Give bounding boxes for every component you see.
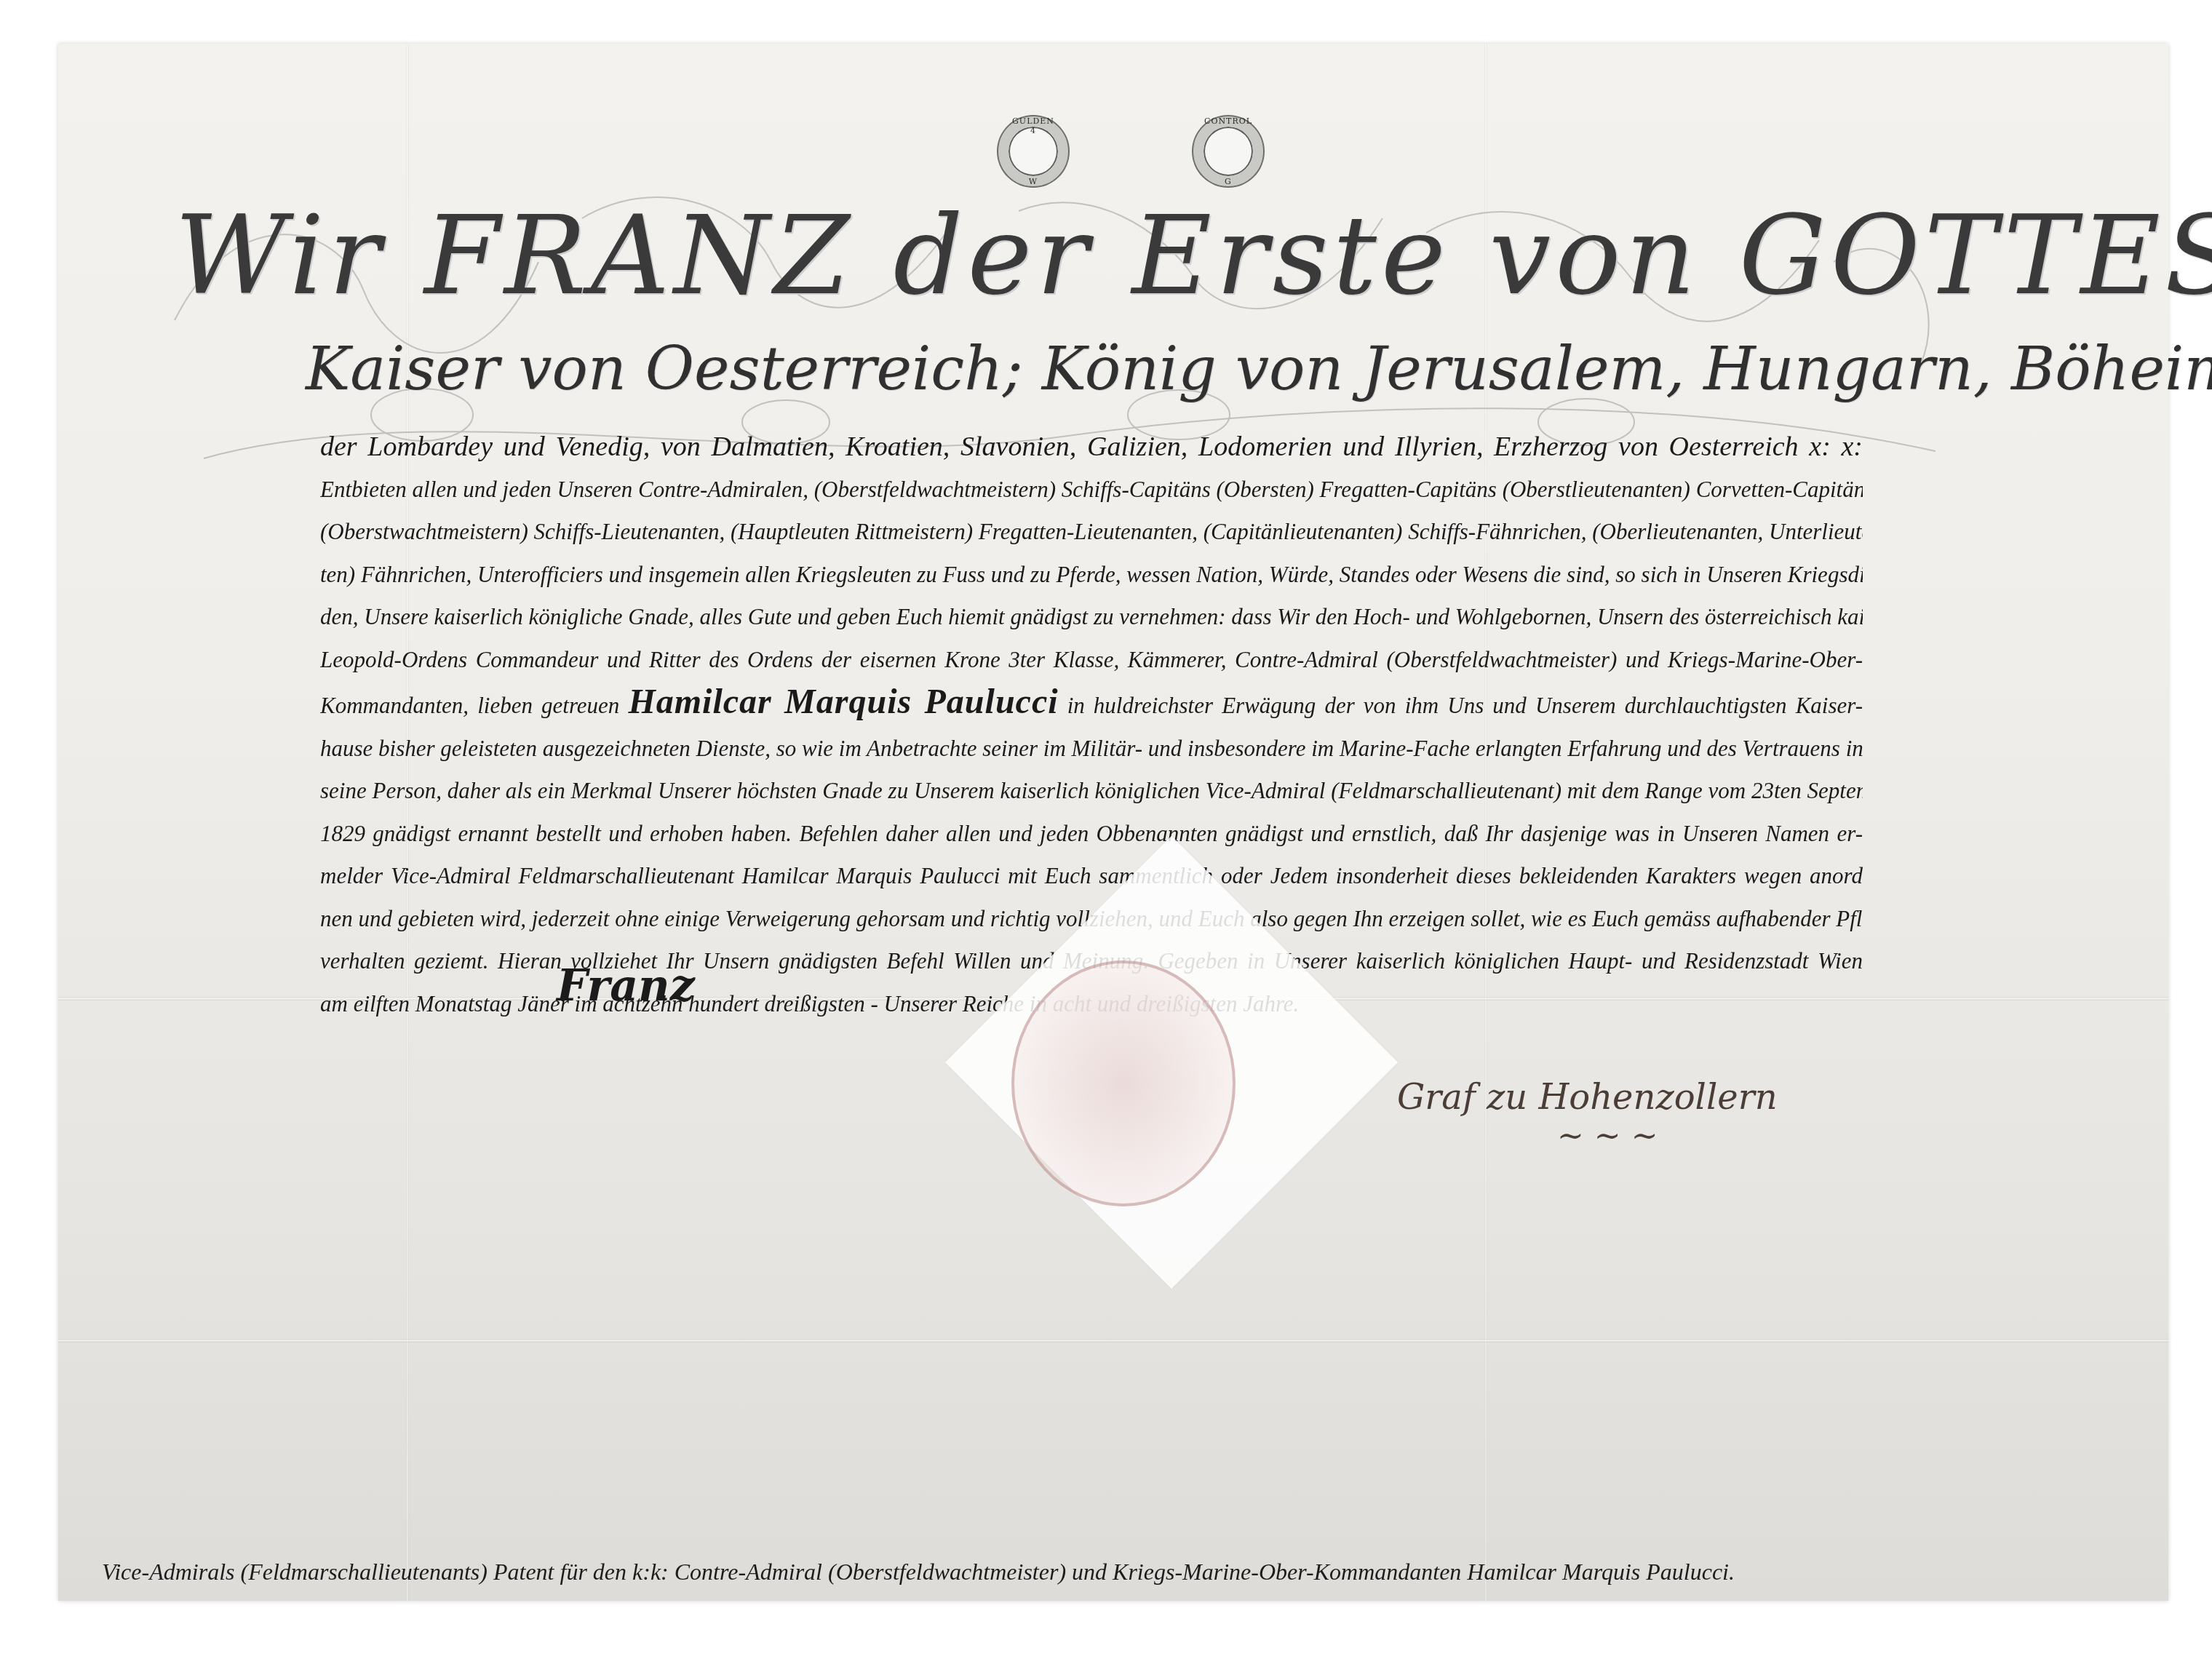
fold-crease-horizontal-lower	[58, 1339, 2168, 1342]
wax-seal-icon	[1011, 960, 1236, 1206]
body-line: den, Unsere kaiserlich königliche Gnade,…	[320, 596, 1863, 639]
body-line: der Lombardey und Venedig, von Dalmatien…	[320, 426, 1863, 469]
body-line: Leopold-Ordens Commandeur und Ritter des…	[320, 639, 1863, 682]
emperor-signature: Franz	[557, 960, 695, 1011]
countersignature-name: Graf zu Hohenzollern	[1397, 1077, 1778, 1118]
body-line: melder Vice-Admiral Feldmarschallieutena…	[320, 855, 1863, 898]
countersignature: Graf zu Hohenzollern ~ ~ ~	[1397, 1077, 1778, 1155]
stamp-label: GULDEN 4	[1008, 116, 1058, 135]
document-endorsement: Vice-Admirals (Feldmarschallieutenants) …	[102, 1559, 1863, 1586]
body-line: 1829 gnädigst ernannt bestellt und erhob…	[320, 813, 1863, 856]
body-line: hause bisher geleisteten ausgezeichneten…	[320, 728, 1863, 771]
document-subtitle: Kaiser von Oesterreich; König von Jerusa…	[306, 335, 1979, 404]
body-line: Entbieten allen und jeden Unseren Contre…	[320, 469, 1863, 512]
body-line-with-name: Kommandanten, lieben getreuen Hamilcar M…	[320, 681, 1863, 728]
body-line: (Oberstwachtmeistern) Schiffs-Lieutenant…	[320, 511, 1863, 554]
countersignature-flourish: ~ ~ ~	[1557, 1118, 1778, 1155]
stamp-label: CONTROL	[1204, 116, 1253, 126]
body-line: ten) Fähnrichen, Unterofficiers und insg…	[320, 554, 1863, 597]
body-line: seine Person, daher als ein Merkmal Unse…	[320, 770, 1863, 813]
recipient-name: Hamilcar Marquis Paulucci	[628, 683, 1058, 721]
body-line-suffix: in huldreichster Erwägung der von ihm Un…	[1067, 693, 1863, 718]
document-title: Wir FRANZ der Erste von GOTTES Gnaden	[175, 193, 1994, 319]
body-line-prefix: Kommandanten, lieben getreuen	[320, 693, 619, 718]
